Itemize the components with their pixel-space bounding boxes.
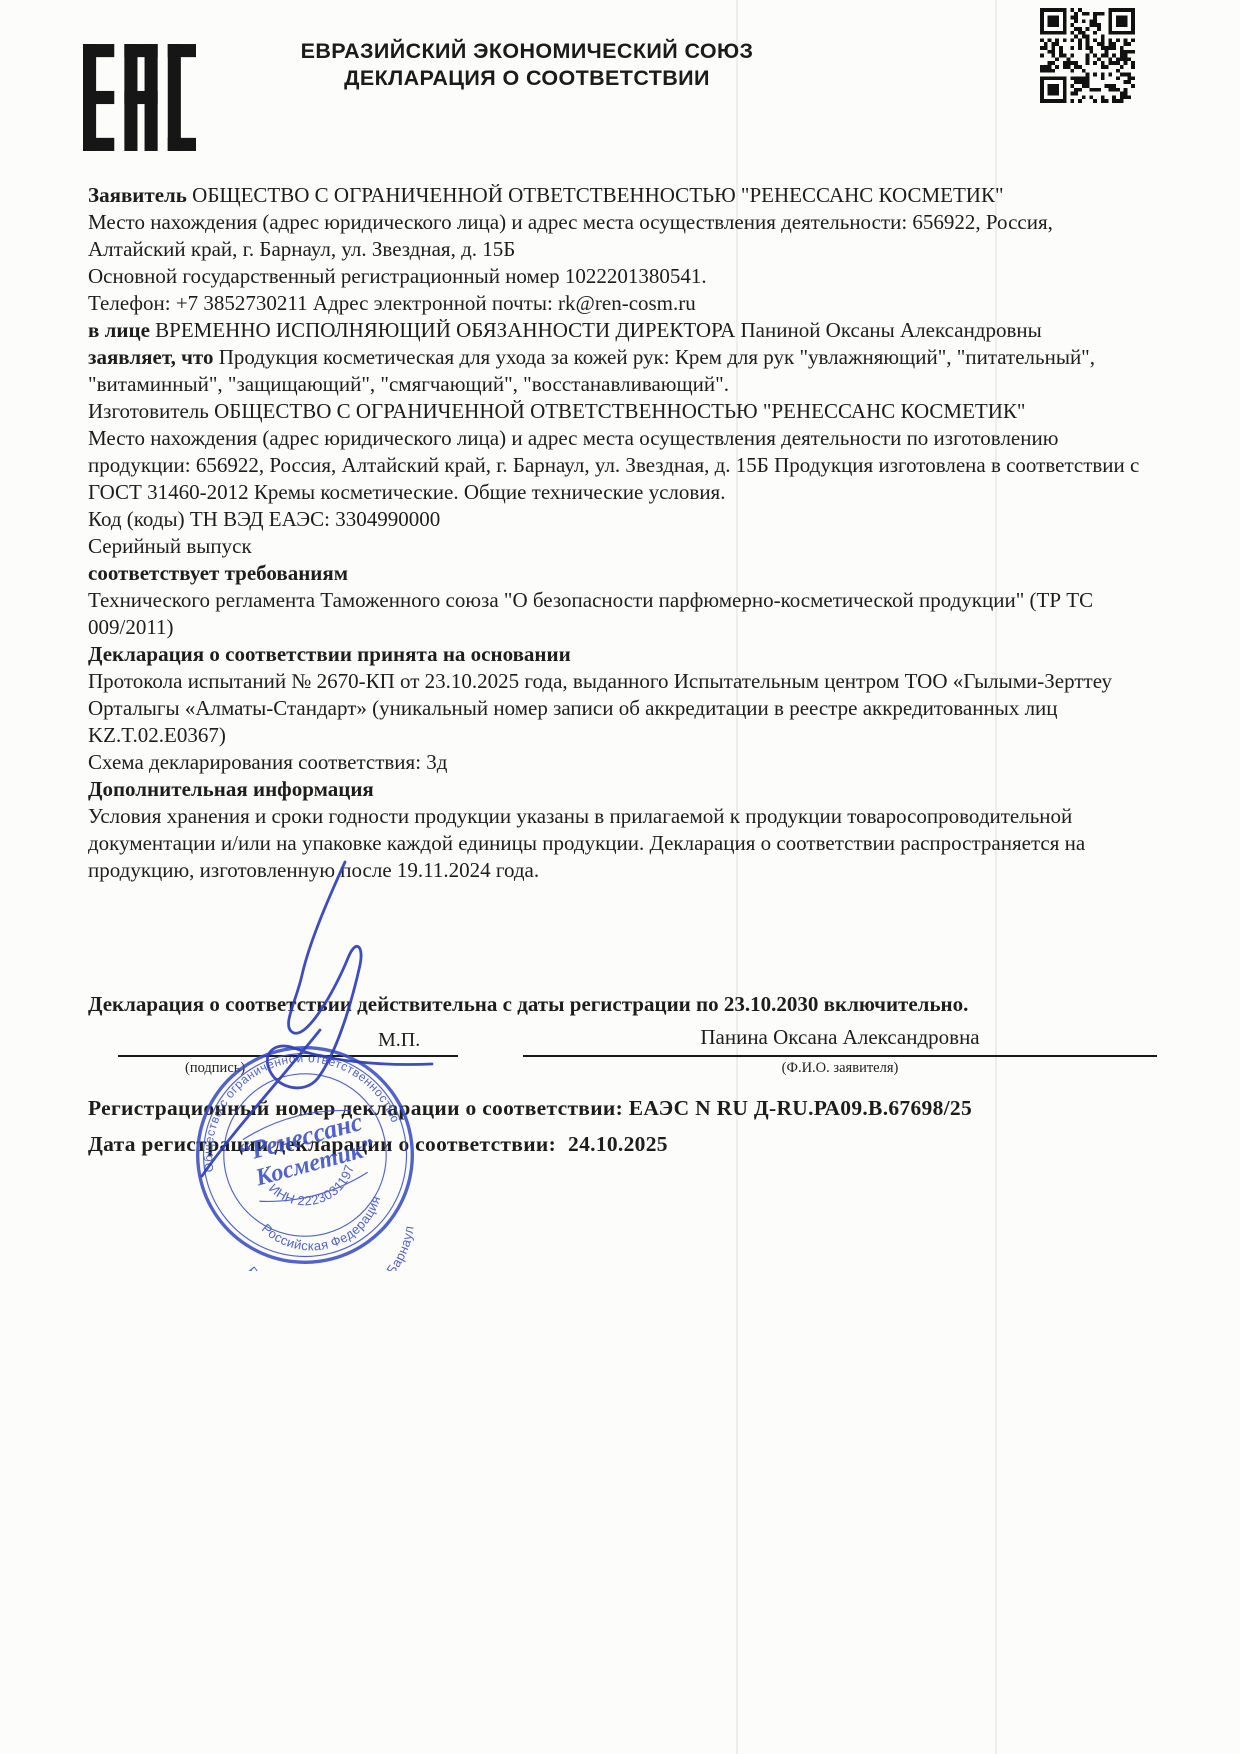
paragraph-applicant-address: Место нахождения (адрес юридического лиц…	[88, 209, 1146, 263]
qr-code-icon	[1040, 8, 1135, 103]
paragraph-manufacturer-address: Место нахождения (адрес юридического лиц…	[88, 425, 1146, 506]
signer-name-line	[523, 1055, 1157, 1057]
paragraph-declares: заявляет, что Продукция косметическая дл…	[88, 344, 1146, 398]
declaration-document: ЕВРАЗИЙСКИЙ ЭКОНОМИЧЕСКИЙ СОЮЗ ДЕКЛАРАЦИ…	[0, 0, 1240, 1754]
registration-date-value: 24.10.2025	[568, 1132, 668, 1156]
registration-number-value: ЕАЭС N RU Д-RU.РА09.В.67698/25	[629, 1096, 972, 1120]
paragraph-applicant: Заявитель ОБЩЕСТВО С ОГРАНИЧЕННОЙ ОТВЕТС…	[88, 182, 1146, 209]
paragraph-basis-heading: Декларация о соответствии принята на осн…	[88, 641, 1146, 668]
paragraph-complies-heading: соответствует требованиям	[88, 560, 1146, 587]
paragraph-additional-info-heading: Дополнительная информация	[88, 776, 1146, 803]
document-title: ЕВРАЗИЙСКИЙ ЭКОНОМИЧЕСКИЙ СОЮЗ ДЕКЛАРАЦИ…	[140, 38, 914, 92]
paragraph-manufacturer: Изготовитель ОБЩЕСТВО С ОГРАНИЧЕННОЙ ОТВ…	[88, 398, 1146, 425]
declaration-body: Заявитель ОБЩЕСТВО С ОГРАНИЧЕННОЙ ОТВЕТС…	[88, 182, 1146, 884]
title-line-declaration: ДЕКЛАРАЦИЯ О СООТВЕТСТВИИ	[140, 65, 914, 92]
handwritten-signature	[170, 850, 490, 1190]
paragraph-ogrn: Основной государственный регистрационный…	[88, 263, 1146, 290]
paragraph-technical-regulation: Технического регламента Таможенного союз…	[88, 587, 1146, 641]
paragraph-serial-production: Серийный выпуск	[88, 533, 1146, 560]
signer-name: Панина Оксана Александровна	[523, 1025, 1157, 1050]
signer-name-caption: (Ф.И.О. заявителя)	[523, 1060, 1157, 1077]
paragraph-tnved-code: Код (коды) ТН ВЭД ЕАЭС: 3304990000	[88, 506, 1146, 533]
paragraph-test-protocol: Протокола испытаний № 2670-КП от 23.10.2…	[88, 668, 1146, 749]
paragraph-represented-by: в лице ВРЕМЕННО ИСПОЛНЯЮЩИЙ ОБЯЗАННОСТИ …	[88, 317, 1146, 344]
title-line-union: ЕВРАЗИЙСКИЙ ЭКОНОМИЧЕСКИЙ СОЮЗ	[140, 38, 914, 65]
paragraph-phone-email: Телефон: +7 3852730211 Адрес электронной…	[88, 290, 1146, 317]
paragraph-declaration-scheme: Схема декларирования соответствия: 3д	[88, 749, 1146, 776]
